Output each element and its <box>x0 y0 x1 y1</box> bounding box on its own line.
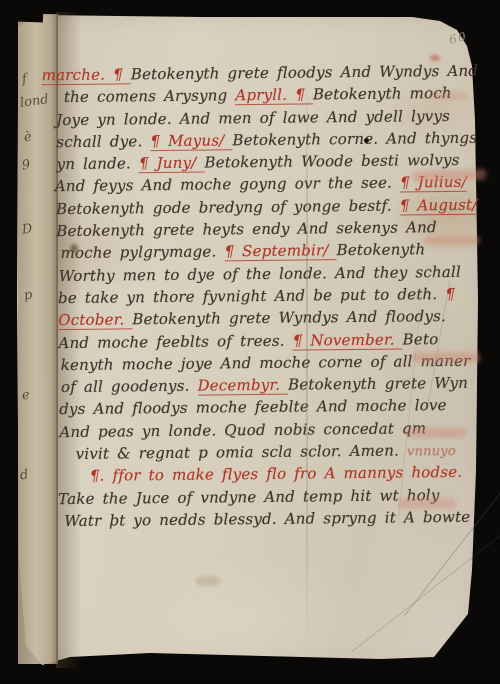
rubric-text: vnnuyo <box>407 444 456 460</box>
ink-text: Betokenyth grete heyts endy And sekenys … <box>56 218 437 240</box>
ink-text: Betokenyth grete Wyndys And floodys. <box>132 307 446 328</box>
red-offset-smudge <box>398 498 456 509</box>
red-offset-smudge <box>412 352 480 363</box>
stain <box>195 575 221 587</box>
ink-text: be take yn thore fyvnight And be put to … <box>58 285 445 307</box>
rubric-text: Apryll. ¶ <box>235 86 313 106</box>
red-fleck <box>430 55 440 61</box>
rubric-text: ¶ Mayus/ <box>150 131 232 151</box>
rubric-text: ¶ Juny/ <box>139 154 205 174</box>
ink-text: Betokenyth grete Wyn <box>288 374 468 394</box>
ink-text: yn lande. <box>57 154 140 173</box>
page-edge-notch <box>17 11 43 23</box>
ink-text: Joye yn londe. And men of lawe And ydell… <box>56 107 450 129</box>
ink-text: the comens Arysyng <box>64 87 236 107</box>
manuscript-line: Watr þt yo nedds blessyd. And spryng it … <box>46 506 472 533</box>
ink-dot <box>364 138 369 143</box>
ink-text: And peas yn londe. Quod nobis concedat q… <box>59 419 426 441</box>
ink-text: Betokenyth grete floodys And Wyndys And <box>131 62 478 84</box>
rubric-text: ¶. ffor to make flyes flo fro A mannys h… <box>90 463 463 485</box>
rubric-text: ¶ November. <box>293 330 403 350</box>
facing-leaf-text-fragment: è <box>23 130 33 146</box>
facing-leaf-text-fragment: e <box>21 388 31 404</box>
ink-text: Worthy men to dye of the londe. And they… <box>59 263 461 285</box>
ink-text: Beto <box>403 330 439 348</box>
ink-text: And feyys And moche goyng ovr the see. <box>55 174 400 196</box>
ink-text: moche pylgrymage. <box>60 243 224 263</box>
ink-text: Betokenyth corne. And thyngs <box>232 129 477 150</box>
manuscript-photo: flondè9Dped marche. ¶ Betokenyth grete f… <box>0 0 500 684</box>
ink-text: Watr þt yo nedds blessyd. And spryng it … <box>64 508 470 530</box>
ink-text: Betokenyth <box>336 241 425 260</box>
rubric-text: ¶ Septembir/ <box>224 242 336 262</box>
ink-text: And moche feeblts of trees. <box>58 331 292 351</box>
ink-text: vivit & regnat p omia scla sclor. Amen. <box>76 441 408 462</box>
ink-blot <box>70 244 78 253</box>
vellum-crease <box>306 70 308 660</box>
ink-text: Betokenyth gode bredyng of yonge bestf. <box>56 196 400 218</box>
rubric-text: Decembyr. <box>197 376 288 396</box>
ink-text: of all goodenys. <box>61 377 198 396</box>
rubric-text: marche. ¶ <box>42 65 131 85</box>
ink-text: Take the Juce of vndyne And temp hit wt … <box>58 486 440 508</box>
ink-text: schall dye. <box>56 132 150 151</box>
manuscript-text: marche. ¶ Betokenyth grete floodys And W… <box>42 60 473 533</box>
rubric-text: October. <box>58 311 132 331</box>
red-offset-smudge <box>424 236 480 245</box>
ink-text: kenyth moche joye And moche corne of all… <box>61 352 471 374</box>
rubric-text: ¶ August/ <box>400 195 478 215</box>
red-offset-smudge <box>408 428 466 438</box>
facing-leaf-text-fragment: D <box>21 221 33 237</box>
ink-text: dys And floodys moche feeblte And moche … <box>59 396 447 418</box>
red-offset-smudge <box>430 92 468 100</box>
ink-text: Betokenyth Woode besti wolvys <box>204 151 459 172</box>
